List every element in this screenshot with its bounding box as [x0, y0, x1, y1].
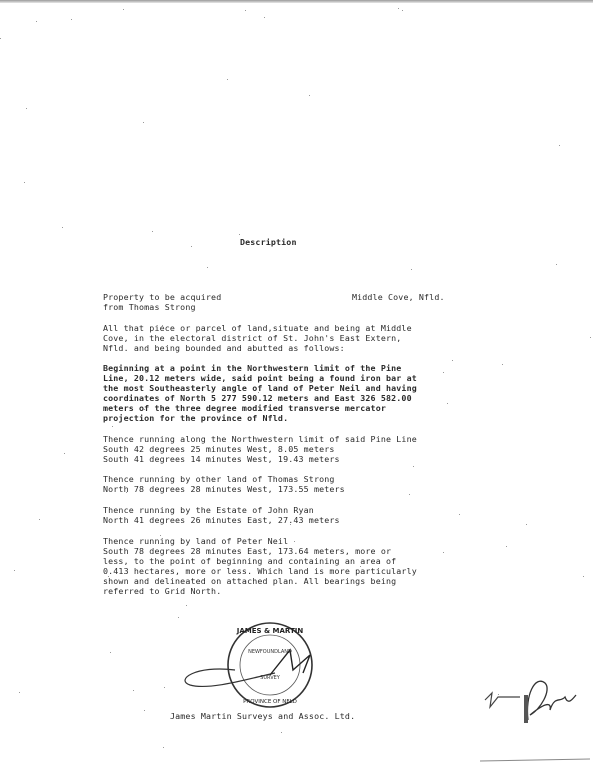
scan-speck [110, 652, 111, 653]
scan-speck [290, 524, 291, 525]
property-line-1: Property to be acquired [103, 292, 221, 302]
scan-speck [506, 546, 507, 547]
scan-speck [281, 732, 282, 733]
scan-speck [162, 325, 163, 326]
scan-speck [258, 392, 259, 393]
scan-speck [163, 747, 164, 748]
scan-speck [219, 407, 220, 408]
scan-speck [24, 182, 25, 183]
scan-speck [245, 10, 246, 11]
svg-text:NEWFOUNDLAND: NEWFOUNDLAND [248, 649, 292, 655]
document-title: Description [240, 237, 297, 247]
scan-speck [0, 38, 1, 39]
scan-speck [14, 570, 15, 571]
scan-speck [207, 267, 208, 268]
scan-speck [443, 552, 444, 553]
paragraph-parcel: All that piece or parcel of land,situate… [103, 323, 463, 353]
scan-speck [193, 487, 194, 488]
scan-speck [144, 409, 145, 410]
scan-speck [186, 605, 187, 606]
scan-speck [123, 9, 124, 10]
scan-speck [360, 566, 361, 567]
scan-speck [164, 687, 165, 688]
scan-speck [36, 21, 37, 22]
scan-speck [402, 10, 403, 11]
scan-speck [143, 122, 144, 123]
paragraph-beginning: Beginning at a point in the Northwestern… [103, 363, 463, 423]
svg-text:JAMES & MARTIN: JAMES & MARTIN [236, 627, 304, 635]
scan-edge [0, 0, 593, 3]
scan-speck [191, 246, 192, 247]
scan-speck [239, 234, 240, 235]
scan-speck [19, 692, 20, 693]
paragraph-thomas-strong: Thence running by other land of Thomas S… [103, 474, 463, 494]
scan-speck [133, 690, 134, 691]
property-label: Property to be acquired from Thomas Stro… [103, 292, 221, 312]
scan-speck [180, 377, 181, 378]
paragraph-pine-line: Thence running along the Northwestern li… [103, 434, 463, 464]
property-line-2: from Thomas Strong [103, 302, 221, 312]
scan-speck [227, 79, 228, 80]
scan-speck [108, 576, 109, 577]
firm-name: James Martin Surveys and Assoc. Ltd. [170, 711, 355, 721]
scan-speck [294, 541, 295, 542]
svg-text:PROVINCE OF NFLD: PROVINCE OF NFLD [243, 699, 297, 705]
scan-speck [447, 403, 448, 404]
scan-speck [526, 524, 527, 525]
surveyor-seal-icon: JAMES & MARTIN NEWFOUNDLAND SURVEY PROVI… [175, 615, 355, 715]
svg-text:SURVEY: SURVEY [260, 675, 281, 681]
scan-speck [459, 514, 460, 515]
scan-speck [358, 339, 359, 340]
signature-icon [480, 675, 590, 765]
scan-speck [409, 494, 410, 495]
scan-speck [502, 364, 503, 365]
scan-speck [39, 519, 40, 520]
paragraph-john-ryan: Thence running by the Estate of John Rya… [103, 505, 463, 525]
paragraph-peter-neil: Thence running by land of Peter Neil Sou… [103, 536, 463, 596]
scan-speck [413, 466, 414, 467]
scan-speck [62, 227, 63, 228]
scan-speck [398, 8, 399, 9]
scan-speck [264, 17, 265, 18]
scan-speck [556, 264, 557, 265]
scan-speck [160, 535, 161, 536]
scan-speck [498, 694, 499, 695]
scan-speck [178, 617, 179, 618]
scan-speck [64, 453, 65, 454]
location-label: Middle Cove, Nfld. [352, 292, 445, 302]
scan-speck [144, 710, 145, 711]
scan-speck [126, 492, 127, 493]
scan-speck [71, 19, 72, 20]
scan-speck [590, 337, 591, 338]
scan-speck [26, 108, 27, 109]
scan-speck [583, 576, 584, 577]
scan-speck [452, 360, 453, 361]
scan-speck [411, 269, 412, 270]
scan-speck [559, 145, 560, 146]
scan-speck [309, 95, 310, 96]
scan-speck [152, 231, 153, 232]
scan-speck [112, 426, 113, 427]
scan-speck [443, 372, 444, 373]
